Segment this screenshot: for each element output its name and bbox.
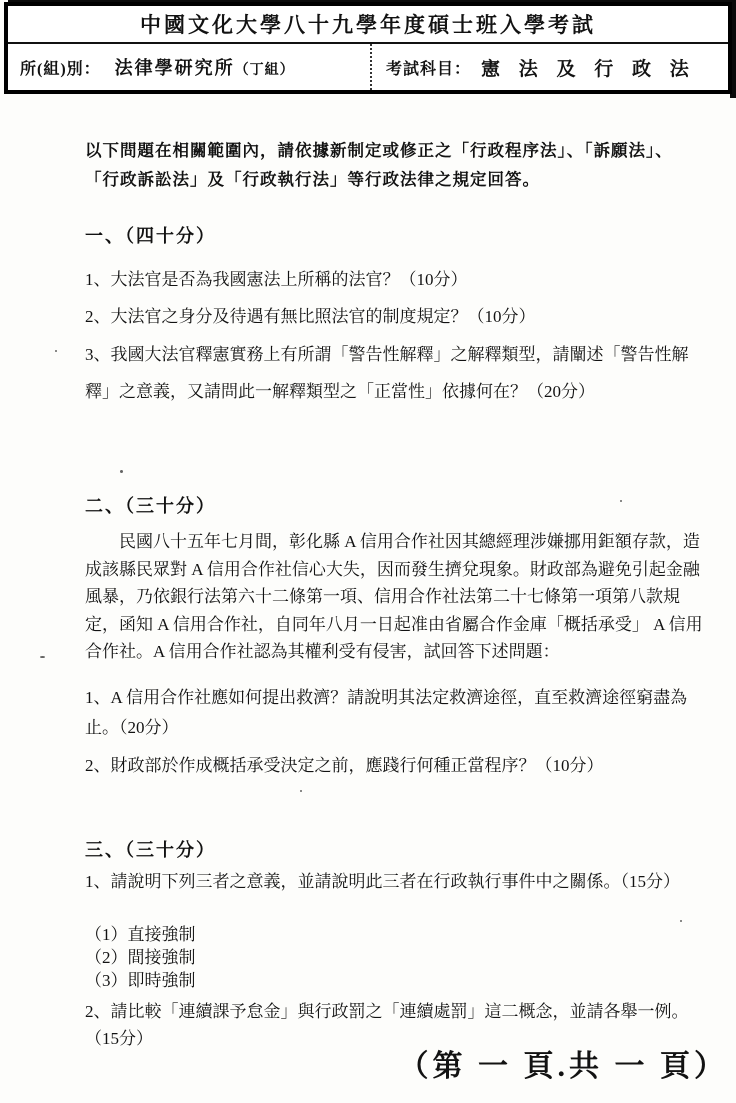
scan-noise bbox=[680, 920, 682, 922]
scan-noise bbox=[120, 470, 123, 473]
department-name: 法律學研究所 bbox=[115, 58, 235, 78]
page-number-footer: （第 一 頁.共 一 頁） bbox=[328, 1044, 728, 1090]
subject-value: 憲 法 及 行 政 法 bbox=[481, 54, 696, 81]
question-3-subitem-3: （3）即時強制 bbox=[85, 969, 700, 992]
scan-noise bbox=[55, 350, 57, 352]
exam-info-row: 所(組)別： 法律學研究所（丁組） 考試科目： 憲 法 及 行 政 法 bbox=[8, 44, 728, 90]
question-2-item-1: 1、A 信用合作社應如何提出救濟？請說明其法定救濟途徑，直至救濟途徑窮盡為止。（… bbox=[85, 683, 700, 743]
department-cell: 所(組)別： 法律學研究所（丁組） bbox=[8, 44, 372, 90]
exam-header-table: 中國文化大學八十九學年度碩士班入學考試 所(組)別： 法律學研究所（丁組） 考試… bbox=[4, 2, 732, 94]
question-1-item-3: 3、我國大法官釋憲實務上有所謂「警告性解釋」之解釋類型，請闡述「警告性解釋」之意… bbox=[85, 336, 700, 410]
question-1-heading: 一、（四十分） bbox=[85, 224, 700, 248]
scan-noise bbox=[300, 790, 302, 792]
subject-cell: 考試科目： 憲 法 及 行 政 法 bbox=[372, 44, 728, 90]
department-group-note: （丁組） bbox=[235, 63, 295, 78]
department-label: 所(組)別： bbox=[20, 56, 101, 79]
scan-noise bbox=[40, 656, 45, 658]
question-1-item-2: 2、大法官之身分及待遇有無比照法官的制度規定？（10分） bbox=[85, 299, 700, 335]
exam-paper-page: 中國文化大學八十九學年度碩士班入學考試 所(組)別： 法律學研究所（丁組） 考試… bbox=[0, 0, 736, 1103]
department-value: 法律學研究所（丁組） bbox=[115, 54, 295, 80]
question-3-item-1: 1、請說明下列三者之意義，並請說明此三者在行政執行事件中之關係。（15分） bbox=[85, 868, 700, 895]
question-3-subitem-1: （1）直接強制 bbox=[85, 923, 700, 946]
exam-title: 中國文化大學八十九學年度碩士班入學考試 bbox=[8, 6, 728, 44]
question-2-intro: 民國八十五年七月間，彰化縣 A 信用合作社因其總經理涉嫌挪用鉅額存款，造成該縣民… bbox=[85, 528, 703, 666]
scan-noise bbox=[620, 500, 622, 502]
question-2-heading: 二、（三十分） bbox=[85, 494, 700, 518]
question-2-item-2: 2、財政部於作成概括承受決定之前，應踐行何種正當程序？（10分） bbox=[85, 752, 700, 780]
subject-label: 考試科目： bbox=[386, 56, 471, 79]
question-1-item-1: 1、大法官是否為我國憲法上所稱的法官？（10分） bbox=[85, 262, 700, 298]
exam-instructions: 以下問題在相關範圍內，請依據新制定或修正之「行政程序法」、「訴願法」、「行政訴訟… bbox=[85, 136, 697, 194]
question-3-subitem-2: （2）間接強制 bbox=[85, 946, 700, 969]
question-3-heading: 三、（三十分） bbox=[85, 838, 700, 862]
